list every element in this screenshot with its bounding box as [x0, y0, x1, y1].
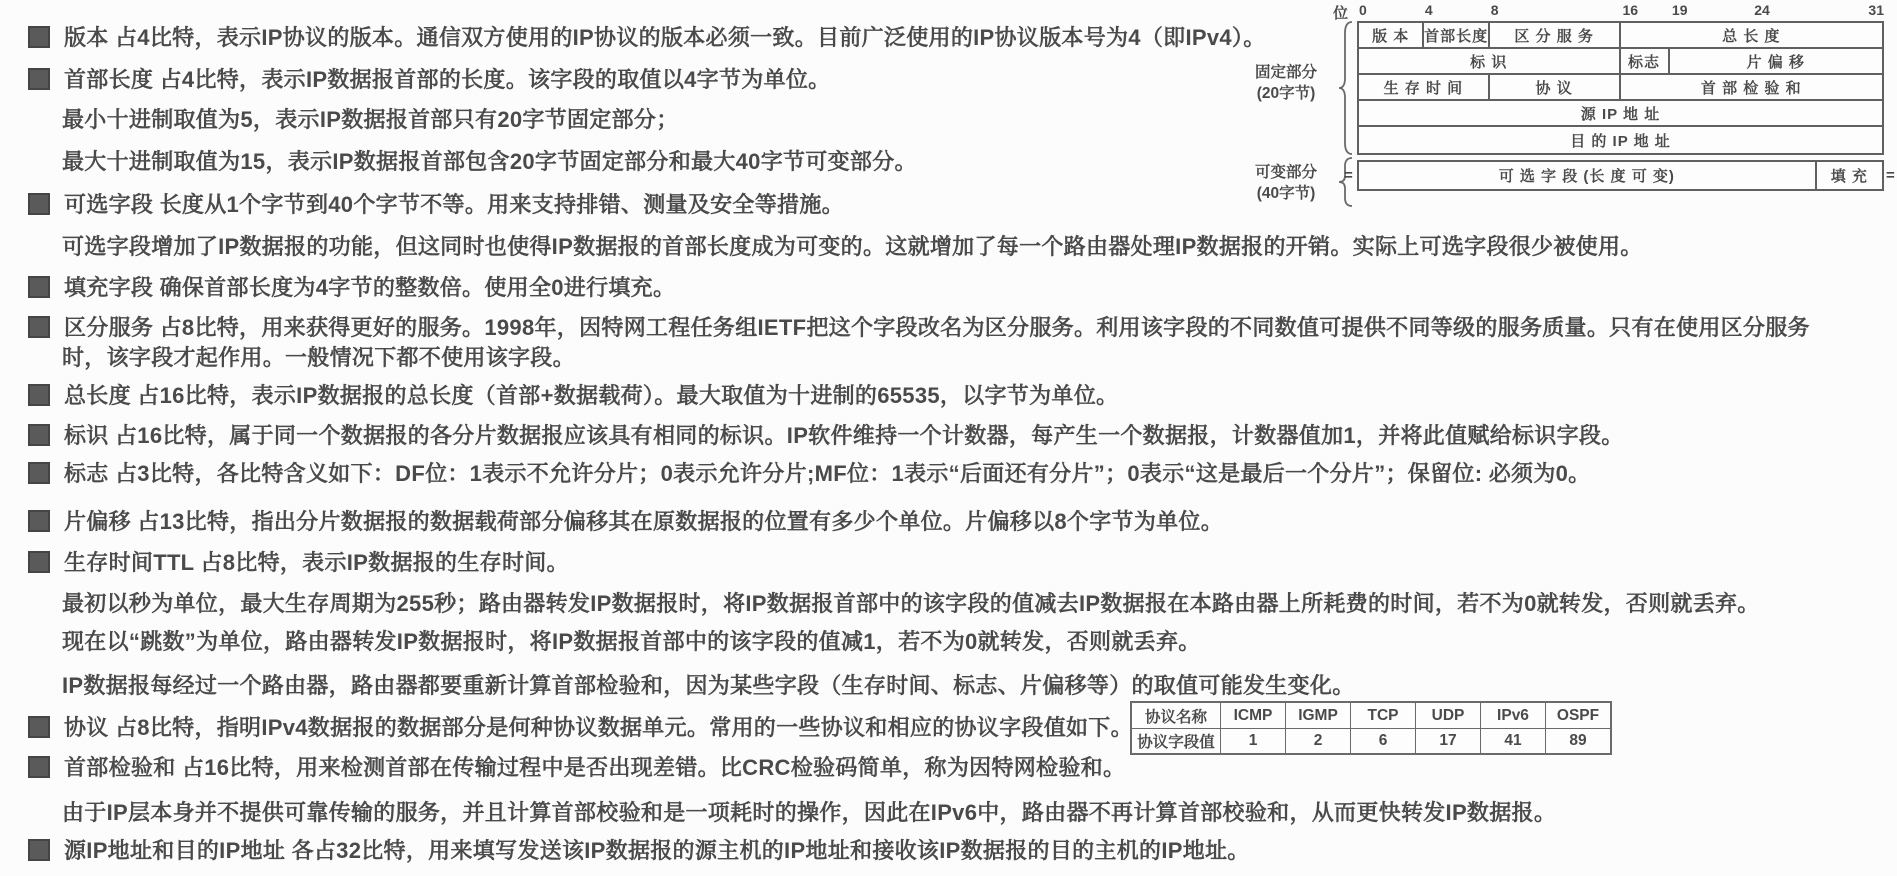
bullet-line: 协议 占8比特，指明IPv4数据报的数据部分是何种协议数据单元。常用的一些协议和…: [28, 706, 1133, 747]
bullet-line: 源IP地址和目的IP地址 各占32比特，用来填写发送该IP数据报的源主机的IP地…: [28, 829, 1250, 870]
bullet-line: 版本 占4比特，表示IP协议的版本。通信双方使用的IP协议的版本必须一致。目前广…: [28, 16, 1266, 57]
bullet-square-icon: [28, 510, 50, 532]
header-row: 可 选 字 段 (长 度 可 变)填 充: [1359, 162, 1882, 189]
variable-length-mark-left: =: [1344, 167, 1353, 184]
bullet-line: 标识 占16比特，属于同一个数据报的各分片数据报应该具有相同的标识。IP软件维持…: [28, 414, 1624, 455]
line-text: 时，该字段才起作用。一般情况下都不使用该字段。: [62, 341, 575, 372]
bullet-square-icon: [28, 462, 50, 484]
protocol-name-cell: IGMP: [1285, 703, 1350, 728]
header-field-cell: 总 长 度: [1621, 23, 1883, 49]
protocol-value-cell: 协议字段值: [1132, 728, 1220, 753]
protocol-value-cell: 6: [1350, 728, 1415, 753]
bullet-line: 填充字段 确保首部长度为4字节的整数倍。使用全0进行填充。: [28, 266, 675, 307]
protocol-value-cell: 89: [1545, 728, 1610, 753]
line-text: 生存时间TTL 占8比特，表示IP数据报的生存时间。: [64, 546, 569, 577]
bullet-line: 片偏移 占13比特，指出分片数据报的数据载荷部分偏移其在原数据报的位置有多少个单…: [28, 500, 1223, 541]
header-row: 生 存 时 间协 议首 部 检 验 和: [1359, 75, 1882, 101]
bit-axis-label: 位: [1333, 2, 1348, 23]
bit-tick: 0: [1359, 2, 1367, 18]
line-text: IP数据报每经过一个路由器，路由器都要重新计算首部检验和，因为某些字段（生存时间…: [62, 669, 1355, 700]
bit-tick: 31: [1868, 2, 1884, 18]
line-text: 由于IP层本身并不提供可靠传输的服务，并且计算首部校验和是一项耗时的操作，因此在…: [62, 796, 1556, 827]
bit-tick: 16: [1623, 2, 1639, 18]
bullet-square-icon: [28, 424, 50, 446]
protocol-name-cell: OSPF: [1545, 703, 1610, 728]
continuation-line: 最大十进制取值为15，表示IP数据报首部包含20字节固定部分和最大40字节可变部…: [28, 140, 917, 181]
line-text: 可选字段 长度从1个字节到40个字节不等。用来支持排错、测量及安全等措施。: [64, 188, 844, 219]
line-text: 标志 占3比特，各比特含义如下：DF位：1表示不允许分片；0表示允许分片;MF位…: [64, 457, 1590, 488]
header-field-cell: 目 的 IP 地 址: [1359, 127, 1882, 153]
fixed-part-label: 固定部分 (20字节): [1238, 62, 1334, 104]
continuation-line: 时，该字段才起作用。一般情况下都不使用该字段。: [28, 343, 575, 369]
variable-length-mark-right: =: [1886, 167, 1895, 184]
header-field-cell: 生 存 时 间: [1359, 75, 1490, 101]
protocol-name-cell: TCP: [1350, 703, 1415, 728]
line-text: 总长度 占16比特，表示IP数据报的总长度（首部+数据载荷）。最大取值为十进制的…: [64, 379, 1118, 410]
header-field-cell: 填 充: [1817, 162, 1882, 189]
bullet-square-icon: [28, 26, 50, 48]
bullet-square-icon: [28, 839, 50, 861]
continuation-line: 由于IP层本身并不提供可靠传输的服务，并且计算首部校验和是一项耗时的操作，因此在…: [28, 791, 1556, 832]
protocol-name-cell: IPv6: [1480, 703, 1545, 728]
bullet-line: 首部检验和 占16比特，用来检测首部在传输过程中是否出现差错。比CRC检验码简单…: [28, 746, 1125, 787]
continuation-line: IP数据报每经过一个路由器，路由器都要重新计算首部检验和，因为某些字段（生存时间…: [28, 664, 1355, 705]
bullet-square-icon: [28, 384, 50, 406]
bullet-square-icon: [28, 316, 50, 338]
slide-page: { "colors": { "background": "#fcfcfc", "…: [0, 0, 1897, 876]
ipv4-fixed-part-table: 版 本首部长度区 分 服 务总 长 度标 识标志片 偏 移生 存 时 间协 议首…: [1357, 21, 1884, 155]
protocol-name-cell: ICMP: [1220, 703, 1285, 728]
line-text: 首部长度 占4比特，表示IP数据报首部的长度。该字段的取值以4字节为单位。: [64, 63, 830, 94]
header-row: 版 本首部长度区 分 服 务总 长 度: [1359, 23, 1882, 49]
bit-axis: 04816192431: [1357, 2, 1884, 18]
header-row: 目 的 IP 地 址: [1359, 127, 1882, 153]
header-field-cell: 区 分 服 务: [1490, 23, 1621, 49]
header-field-cell: 源 IP 地 址: [1359, 101, 1882, 127]
variable-part-label: 可变部分 (40字节): [1238, 162, 1334, 204]
continuation-line: 最初以秒为单位，最大生存周期为255秒；路由器转发IP数据报时，将IP数据报首部…: [28, 582, 1760, 623]
protocol-name-cell: UDP: [1415, 703, 1480, 728]
bit-tick: 8: [1491, 2, 1499, 18]
bullet-square-icon: [28, 551, 50, 573]
bullet-line: 可选字段 长度从1个字节到40个字节不等。用来支持排错、测量及安全等措施。: [28, 183, 844, 224]
header-field-cell: 协 议: [1490, 75, 1621, 101]
line-text: 填充字段 确保首部长度为4字节的整数倍。使用全0进行填充。: [64, 271, 675, 302]
header-row: 源 IP 地 址: [1359, 101, 1882, 127]
line-text: 可选字段增加了IP数据报的功能，但这同时也使得IP数据报的首部长度成为可变的。这…: [62, 230, 1643, 261]
protocol-value-cell: 2: [1285, 728, 1350, 753]
line-text: 片偏移 占13比特，指出分片数据报的数据载荷部分偏移其在原数据报的位置有多少个单…: [64, 505, 1223, 536]
header-field-cell: 可 选 字 段 (长 度 可 变): [1359, 162, 1817, 189]
line-text: 源IP地址和目的IP地址 各占32比特，用来填写发送该IP数据报的源主机的IP地…: [64, 834, 1250, 865]
header-field-cell: 片 偏 移: [1670, 49, 1882, 75]
bullet-line: 首部长度 占4比特，表示IP数据报首部的长度。该字段的取值以4字节为单位。: [28, 58, 830, 99]
line-text: 最初以秒为单位，最大生存周期为255秒；路由器转发IP数据报时，将IP数据报首部…: [62, 587, 1760, 618]
header-field-cell: 版 本: [1359, 23, 1424, 49]
protocol-name-cell: 协议名称: [1132, 703, 1220, 728]
bullet-line: 标志 占3比特，各比特含义如下：DF位：1表示不允许分片；0表示允许分片;MF位…: [28, 452, 1590, 493]
protocol-value-cell: 41: [1480, 728, 1545, 753]
header-field-cell: 标 识: [1359, 49, 1621, 75]
continuation-line: 最小十进制取值为5，表示IP数据报首部只有20字节固定部分；: [28, 98, 679, 139]
bullet-line: 生存时间TTL 占8比特，表示IP数据报的生存时间。: [28, 541, 569, 582]
line-text: 最大十进制取值为15，表示IP数据报首部包含20字节固定部分和最大40字节可变部…: [62, 145, 917, 176]
header-field-cell: 首部长度: [1424, 23, 1489, 49]
header-row: 标 识标志片 偏 移: [1359, 49, 1882, 75]
bullet-square-icon: [28, 276, 50, 298]
fixed-part-brace-icon: [1338, 21, 1354, 155]
bullet-square-icon: [28, 756, 50, 778]
line-text: 首部检验和 占16比特，用来检测首部在传输过程中是否出现差错。比CRC检验码简单…: [64, 751, 1125, 782]
protocol-value-cell: 17: [1415, 728, 1480, 753]
ipv4-variable-part-row: 可 选 字 段 (长 度 可 变)填 充: [1357, 160, 1884, 191]
line-text: 现在以“跳数”为单位，路由器转发IP数据报时，将IP数据报首部中的该字段的值减1…: [62, 625, 1201, 656]
bit-tick: 24: [1754, 2, 1770, 18]
bit-tick: 4: [1425, 2, 1433, 18]
continuation-line: 现在以“跳数”为单位，路由器转发IP数据报时，将IP数据报首部中的该字段的值减1…: [28, 620, 1201, 661]
header-field-cell: 首 部 检 验 和: [1621, 75, 1883, 101]
line-text: 版本 占4比特，表示IP协议的版本。通信双方使用的IP协议的版本必须一致。目前广…: [64, 21, 1266, 52]
continuation-line: 可选字段增加了IP数据报的功能，但这同时也使得IP数据报的首部长度成为可变的。这…: [28, 225, 1643, 266]
line-text: 标识 占16比特，属于同一个数据报的各分片数据报应该具有相同的标识。IP软件维持…: [64, 419, 1624, 450]
bullet-square-icon: [28, 716, 50, 738]
protocol-table: 协议名称ICMPIGMPTCPUDPIPv6OSPF协议字段值126174189: [1130, 701, 1612, 755]
line-text: 协议 占8比特，指明IPv4数据报的数据部分是何种协议数据单元。常用的一些协议和…: [64, 711, 1133, 742]
bullet-square-icon: [28, 193, 50, 215]
line-text: 区分服务 占8比特，用来获得更好的服务。1998年，因特网工程任务组IETF把这…: [64, 311, 1810, 342]
bullet-line: 总长度 占16比特，表示IP数据报的总长度（首部+数据载荷）。最大取值为十进制的…: [28, 374, 1118, 415]
bit-tick: 19: [1672, 2, 1688, 18]
bullet-square-icon: [28, 68, 50, 90]
protocol-value-cell: 1: [1220, 728, 1285, 753]
line-text: 最小十进制取值为5，表示IP数据报首部只有20字节固定部分；: [62, 103, 679, 134]
header-field-cell: 标志: [1621, 49, 1670, 75]
